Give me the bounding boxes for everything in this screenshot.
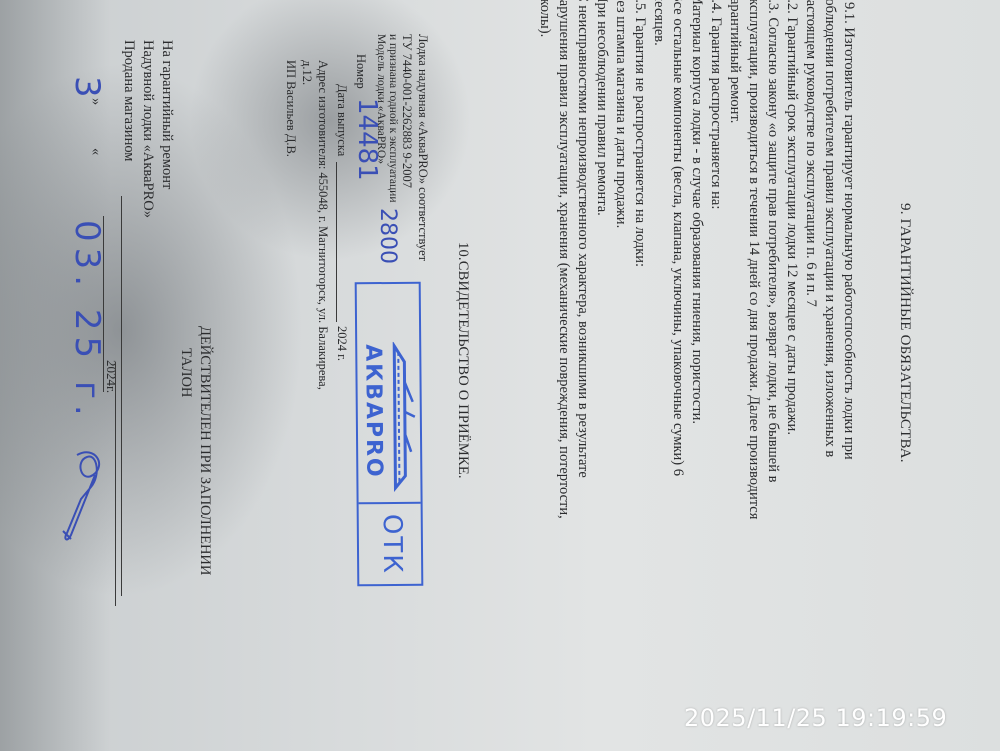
- manufacturer-address: Адрес изготовителя: 455048, г. Магнитого…: [314, 60, 332, 390]
- talon-line: Продана магазином: [120, 40, 138, 161]
- boat-logo-icon: [386, 342, 417, 492]
- acceptance-line: Лодка надувная «АкваPRO» соответствует: [414, 34, 432, 261]
- stamp-brand: АКВАPRO: [360, 344, 386, 479]
- photo-timestamp: 2025/11/25 19:19:59: [684, 704, 947, 732]
- signature-icon: [55, 435, 115, 555]
- section9-line: 9.3. Согласно закону «о защите прав потр…: [764, 0, 782, 482]
- section9-line: эксплуатации, производиться в течении 14…: [745, 0, 763, 519]
- stamp-divider: [359, 502, 421, 505]
- section9-line: С неисправностями непроизводственного ха…: [574, 0, 592, 478]
- talon-year: 2024г.: [102, 360, 120, 393]
- section9-title: 9. ГАРАНТИЙНЫЕ ОБЯЗАТЕЛЬСТВА.: [896, 203, 914, 463]
- talon-title: ТАЛОН: [177, 348, 195, 397]
- sale-date-field: [103, 216, 104, 392]
- section9-line: 9.1. Изготовитель гарантирует нормальную…: [840, 2, 858, 460]
- date-open-quote: «: [87, 148, 105, 155]
- section9-line: Без штампа магазина и даты продажи.: [612, 0, 630, 228]
- talon-line: Надувной лодки «АкваPRO»: [139, 40, 157, 218]
- section9-line: месяцев.: [650, 0, 668, 46]
- talon-subtitle: ДЕЙСТВИТЕЛЕН ПРИ ЗАПОЛНЕНИИ: [196, 326, 214, 575]
- release-date-field: [336, 162, 337, 322]
- number-label: Номер: [352, 54, 370, 89]
- handwritten-model: 2800: [375, 208, 400, 264]
- section9-line: 9.2. Гарантийный срок эксплуатации лодки…: [783, 0, 801, 435]
- section9-line: Все остальные компоненты (весла, клапана…: [669, 0, 687, 476]
- date-close-quote: »: [87, 98, 105, 105]
- section10-title: 10.СВИДЕТЕЛЬСТВО О ПРИЁМКЕ.: [454, 242, 472, 479]
- handwritten-sale-date: 03. 25 г.: [67, 220, 107, 422]
- section9-line: соблюдении потребителем правил эксплуата…: [821, 0, 839, 457]
- manufacturer-name: ИП Васильев Д.В.: [282, 60, 300, 157]
- manufacturer-address-cont: д.12.: [298, 60, 316, 85]
- section9-line: Материал корпуса лодки - в случае образо…: [688, 0, 706, 424]
- section9-line: При несоблюдении правил ремонта.: [593, 0, 611, 216]
- release-year: 2024 г.: [333, 326, 351, 361]
- section9-line: сколы).: [536, 0, 554, 37]
- section9-line: настоящем руководстве по эксплуатации п.…: [802, 0, 820, 307]
- shop-field: [121, 196, 122, 596]
- stamp-otk: ОТК: [377, 514, 408, 575]
- talon-line: На гарантийный ремонт: [158, 40, 176, 189]
- handwritten-boat-number: 14481: [352, 98, 382, 181]
- otk-stamp: АКВАPRO ОТК: [355, 282, 424, 587]
- section9-line: 9.4. Гарантия распространяется на:: [707, 0, 725, 209]
- release-date-label: Дата выпуска: [333, 84, 351, 156]
- section9-line: гарантийный ремонт.: [726, 0, 744, 123]
- warranty-document-page: 9. ГАРАНТИЙНЫЕ ОБЯЗАТЕЛЬСТВА. 9.1. Изгот…: [0, 0, 1000, 751]
- section9-line: 9.5. Гарантия не распространяется на лод…: [631, 0, 649, 267]
- signature-line: [115, 362, 116, 606]
- section9-line: нарушения правил эксплуатации, хранения …: [555, 0, 573, 519]
- handwritten-sale-day: 3: [67, 76, 107, 98]
